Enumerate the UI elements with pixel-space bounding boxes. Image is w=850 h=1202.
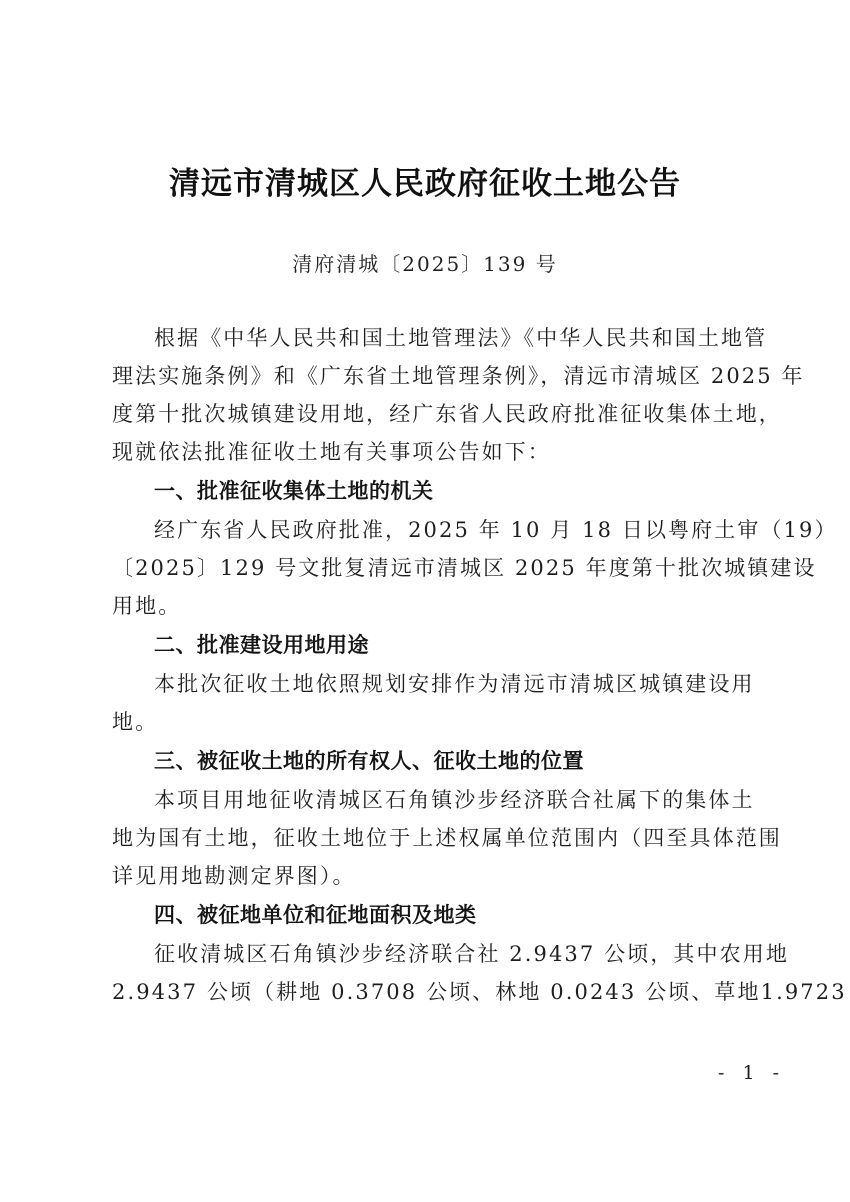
intro-line-2: 理法实施条例》和《广东省土地管理条例》，清远市清城区 2025 年: [112, 361, 752, 391]
document-title: 清远市清城区人民政府征收土地公告: [0, 158, 850, 203]
section-3-line-1: 本项目用地征收清城区石角镇沙步经济联合社属下的集体土: [154, 785, 794, 815]
page-number: - 1 -: [718, 1062, 785, 1084]
document-number: 清府清城〔2025〕139 号: [0, 248, 850, 277]
section-4-line-2: 2.9437 公顷（耕地 0.3708 公顷、林地 0.0243 公顷、草地1.…: [112, 977, 752, 1007]
section-2-line-2: 地。: [112, 707, 752, 737]
section-3-heading: 三、被征收土地的所有权人、征收土地的位置: [154, 746, 584, 776]
intro-line-3: 度第十批次城镇建设用地，经广东省人民政府批准征收集体土地，: [112, 399, 752, 429]
section-3-line-3: 详见用地勘测定界图）。: [112, 861, 752, 891]
document-page: 清远市清城区人民政府征收土地公告 清府清城〔2025〕139 号 根据《中华人民…: [0, 0, 850, 1202]
section-1-line-1: 经广东省人民政府批准，2025 年 10 月 18 日以粤府土审（19）: [154, 515, 794, 545]
section-2-line-1: 本批次征收土地依照规划安排作为清远市清城区城镇建设用: [154, 669, 794, 699]
section-1-line-3: 用地。: [112, 591, 752, 621]
intro-line-4: 现就依法批准征收土地有关事项公告如下：: [112, 437, 752, 467]
section-2-heading: 二、批准建设用地用途: [154, 630, 369, 660]
intro-line-1: 根据《中华人民共和国土地管理法》《中华人民共和国土地管: [154, 323, 794, 353]
section-4-heading: 四、被征地单位和征地面积及地类: [154, 900, 477, 930]
section-1-heading: 一、批准征收集体土地的机关: [154, 476, 434, 506]
section-3-line-2: 地为国有土地，征收土地位于上述权属单位范围内（四至具体范围: [112, 823, 752, 853]
section-1-line-2: 〔2025〕129 号文批复清远市清城区 2025 年度第十批次城镇建设: [112, 553, 752, 583]
section-4-line-1: 征收清城区石角镇沙步经济联合社 2.9437 公顷，其中农用地: [154, 939, 794, 969]
